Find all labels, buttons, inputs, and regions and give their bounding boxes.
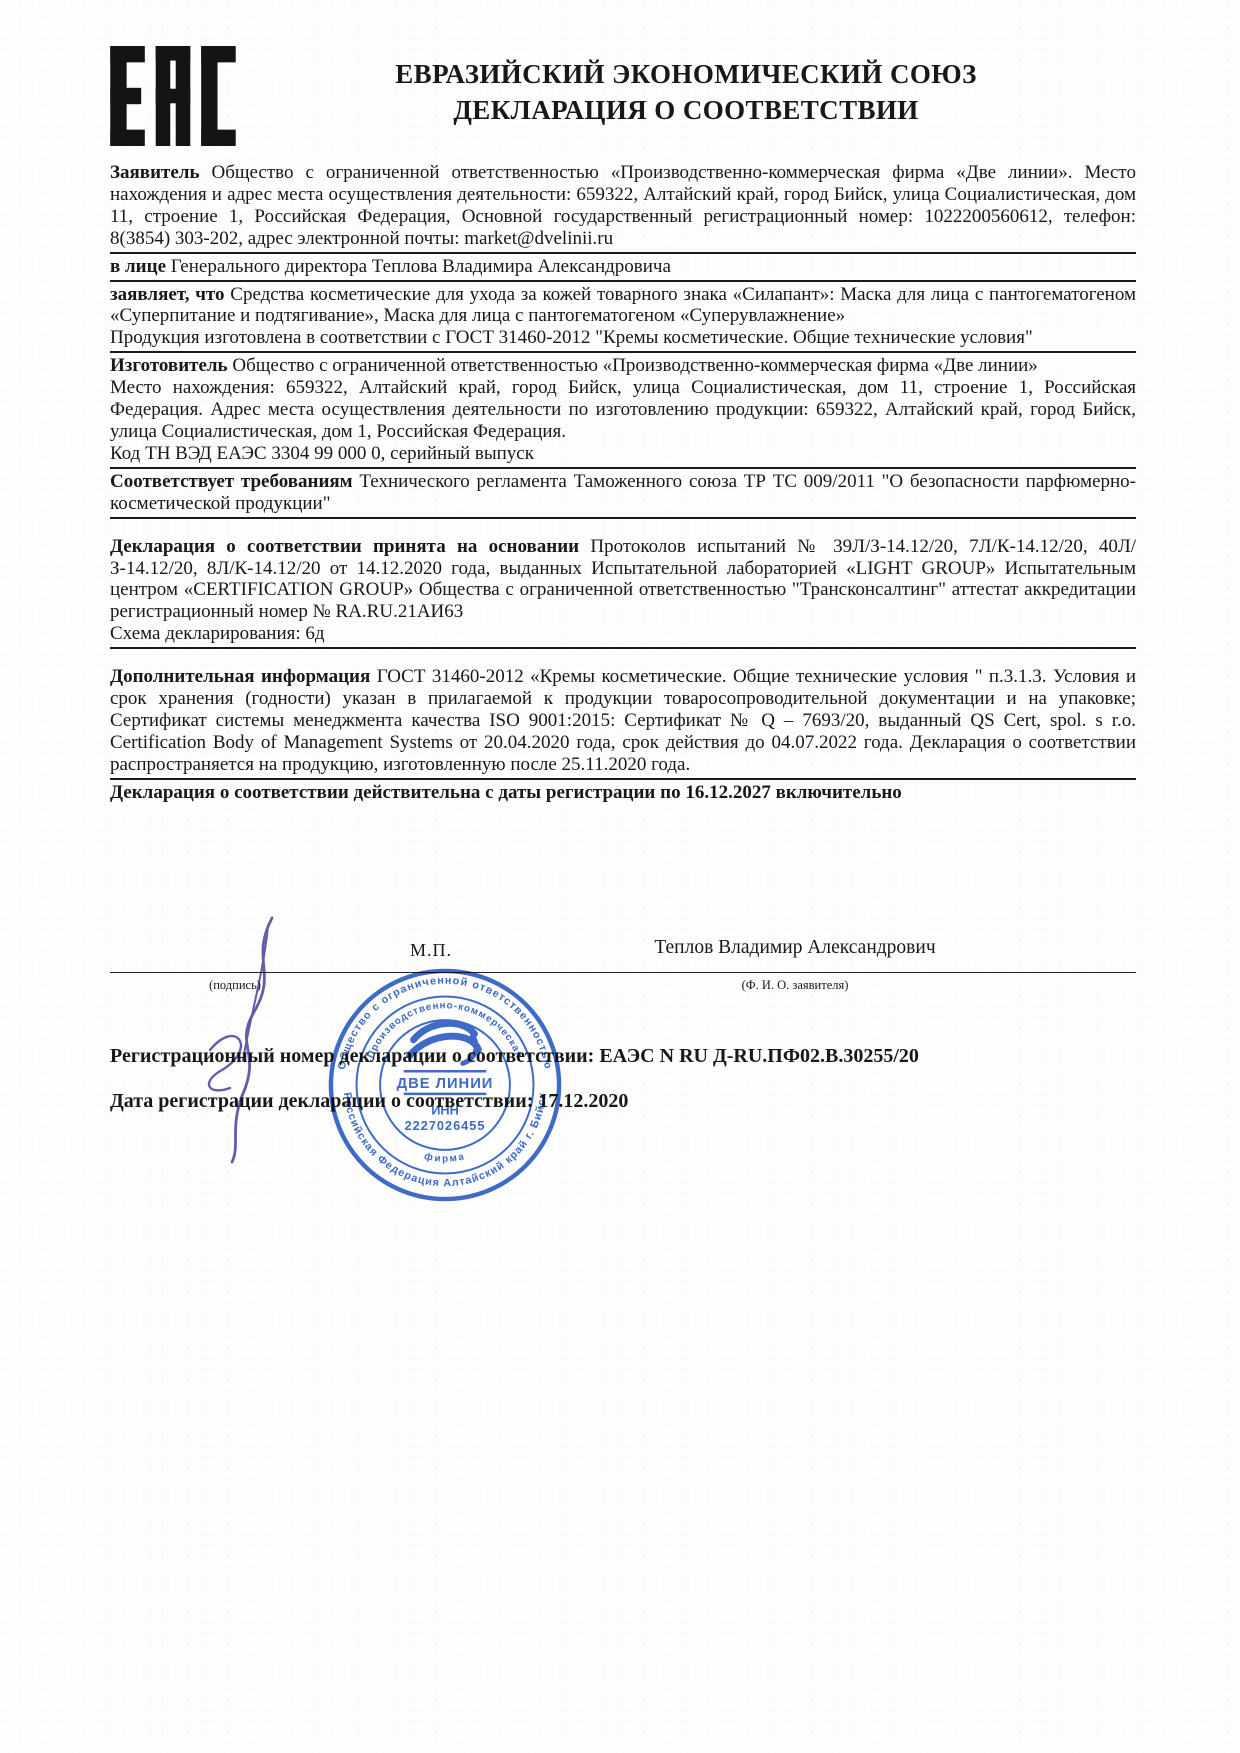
manufacturer-address: Место нахождения: 659322, Алтайский край… (110, 377, 1136, 443)
declares-section: заявляет, что Средства косметические для… (110, 284, 1136, 328)
document-title: ЕВРАЗИЙСКИЙ ЭКОНОМИЧЕСКИЙ СОЮЗ ДЕКЛАРАЦИ… (236, 42, 1136, 128)
applicant-section: Заявитель Общество с ограниченной ответс… (110, 162, 1136, 250)
divider-line (110, 280, 1136, 282)
section-gap (110, 651, 1136, 666)
section-gap (110, 521, 1136, 536)
in-person-section: в лице Генерального директора Теплова Вл… (110, 256, 1136, 278)
signer-name: Теплов Владимир Александрович (630, 937, 960, 959)
stamp-inn-value: 2227026455 (405, 1118, 486, 1133)
declaration-document: ЕВРАЗИЙСКИЙ ЭКОНОМИЧЕСКИЙ СОЮЗ ДЕКЛАРАЦИ… (0, 0, 1240, 1753)
additional-info-label: Дополнительная информация (110, 666, 370, 687)
applicant-text: Общество с ограниченной ответственностью… (110, 162, 1136, 249)
declares-label: заявляет, что (110, 284, 225, 305)
manufacturer-text: Общество с ограниченной ответственностью… (232, 355, 1037, 376)
additional-info-section: Дополнительная информация ГОСТ 31460-201… (110, 666, 1136, 776)
title-line-1: ЕВРАЗИЙСКИЙ ЭКОНОМИЧЕСКИЙ СОЮЗ (236, 56, 1136, 92)
basis-label: Декларация о соответствии принята на осн… (110, 536, 579, 557)
divider-line (110, 778, 1136, 780)
manufacturer-label: Изготовитель (110, 355, 228, 376)
in-person-label: в лице (110, 256, 166, 277)
handwritten-signature (180, 900, 310, 1170)
stamp-inn-label: ИНН (431, 1103, 459, 1118)
complies-section: Соответствует требованиям Технического р… (110, 471, 1136, 515)
basis-section: Декларация о соответствии принята на осн… (110, 536, 1136, 624)
manufacturer-section: Изготовитель Общество с ограниченной отв… (110, 355, 1136, 377)
title-line-2: ДЕКЛАРАЦИЯ О СООТВЕТСТВИИ (236, 92, 1136, 128)
divider-line (110, 351, 1136, 353)
stamp-brand-name: ДВЕ ЛИНИИ (397, 1076, 494, 1092)
document-header: ЕВРАЗИЙСКИЙ ЭКОНОМИЧЕСКИЙ СОЮЗ ДЕКЛАРАЦИ… (110, 42, 1136, 146)
complies-label: Соответствует требованиям (110, 471, 353, 492)
two-lines-logo-icon (410, 1023, 479, 1063)
signer-name-caption: (Ф. И. О. заявителя) (630, 978, 960, 993)
stamp-ring-inner-bottom: фирма (423, 1151, 467, 1165)
declares-text: Средства косметические для ухода за коже… (110, 284, 1136, 327)
customs-code-line: Код ТН ВЭД ЕАЭС 3304 99 000 0, серийный … (110, 443, 1136, 465)
divider-line (110, 517, 1136, 519)
divider-line (110, 467, 1136, 469)
production-standard-line: Продукция изготовлена в соответствии с Г… (110, 327, 1136, 349)
applicant-label: Заявитель (110, 162, 200, 183)
validity-line: Декларация о соответствии действительна … (110, 782, 1136, 804)
seal-place-label: М.П. (410, 940, 452, 961)
eac-logo (110, 46, 236, 146)
in-person-text: Генерального директора Теплова Владимира… (171, 256, 671, 277)
company-stamp: Общество с ограниченной ответственностью… (327, 967, 563, 1203)
divider-line (110, 647, 1136, 649)
declaration-scheme-line: Схема декларирования: 6д (110, 623, 1136, 645)
divider-line (110, 252, 1136, 254)
